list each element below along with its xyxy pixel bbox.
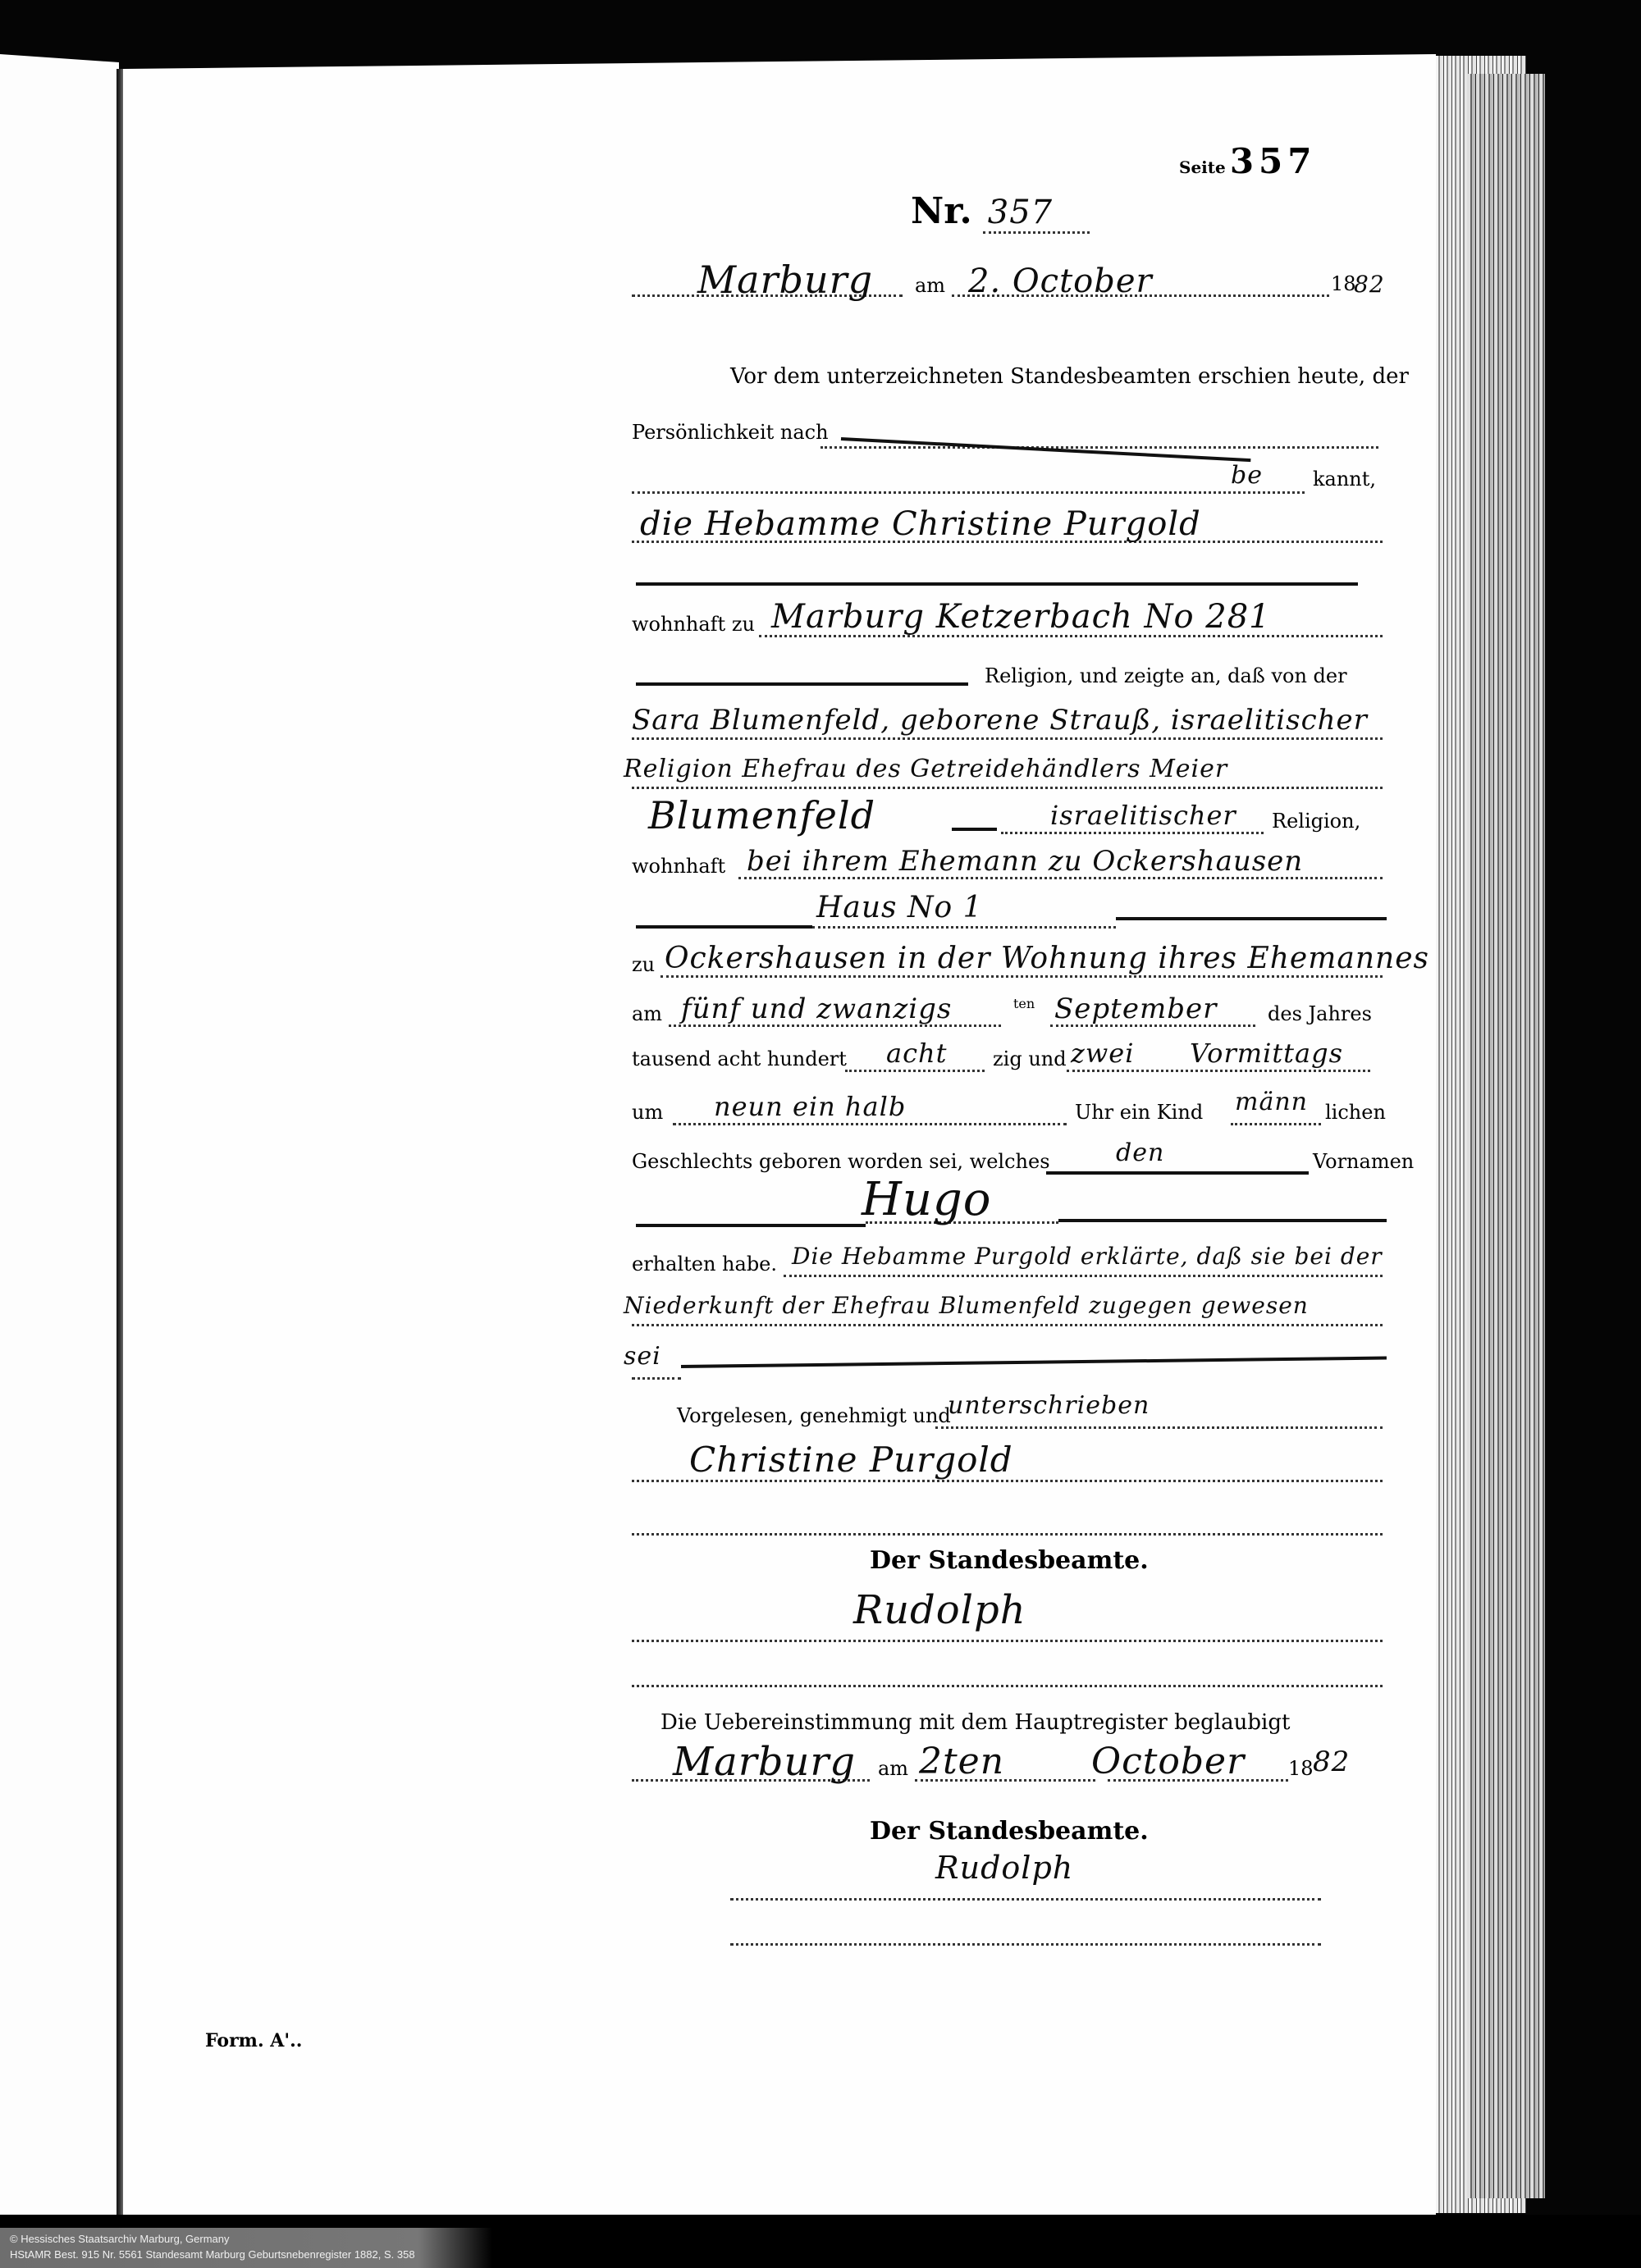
date-day-month: 2. October: [968, 262, 1153, 300]
official-title: Der Standesbeamte.: [870, 1546, 1149, 1575]
body-text: tausend acht hundert: [632, 1047, 847, 1070]
handwritten-text: be: [1231, 461, 1263, 490]
year-printed: 18: [1331, 272, 1356, 295]
body-line-1: Vor dem unterzeichneten Standesbeamten e…: [624, 361, 1387, 402]
cert-year-printed: 18: [1288, 1757, 1314, 1780]
body-text: lichen: [1325, 1101, 1386, 1124]
reference-text: HStAMR Best. 915 Nr. 5561 Standesamt Mar…: [10, 2247, 492, 2262]
body-text: zu: [632, 953, 655, 976]
body-text: erhalten habe.: [632, 1253, 777, 1275]
body-text: wohnhaft zu: [632, 613, 755, 636]
place: Marburg: [697, 258, 873, 302]
body-line-2: Persönlichkeit nach: [624, 414, 1387, 455]
cert-date-line: Marburg am 2ten October 18 82: [624, 1747, 1387, 1788]
remark-line-3: sei: [624, 1345, 1387, 1386]
birth-time: neun ein halb: [714, 1091, 906, 1122]
religion-line: Religion, und zeigte an, daß von der: [624, 656, 1387, 697]
birthplace: Ockershausen in der Wohnung ihres Eheman…: [665, 942, 1429, 975]
signature-line: [624, 1608, 1387, 1649]
body-text: des Jahres: [1268, 1002, 1372, 1025]
body-text: Vorgelesen, genehmigt und: [677, 1404, 951, 1427]
official-title-2: Der Standesbeamte.: [870, 1817, 1149, 1846]
birthdate-line: am fünf und zwanzigs ten September des J…: [624, 993, 1387, 1034]
mother-line-1: Sara Blumenfeld, geborene Strauß, israel…: [624, 705, 1387, 746]
body-line-3: be kannt,: [624, 459, 1387, 500]
page-number-value: 357: [1230, 141, 1317, 181]
cert-place: Marburg: [673, 1739, 856, 1785]
father-surname: Blumenfeld: [648, 793, 875, 837]
time-of-day: Vormittags: [1190, 1038, 1343, 1069]
body-text: kannt,: [1313, 468, 1376, 491]
cert-year-hand: 82: [1313, 1745, 1350, 1778]
informant-name: die Hebamme Christine Purgold: [640, 505, 1201, 543]
page-label: Seite: [1179, 157, 1226, 177]
cert-day: 2ten: [919, 1741, 1004, 1782]
remark: Niederkunft der Ehefrau Blumenfeld zugeg…: [624, 1292, 1309, 1319]
father-occupation: Religion Ehefrau des Getreidehändlers Me…: [624, 755, 1227, 783]
informant-signature-line: Christine Purgold: [624, 1448, 1387, 1489]
body-text: am: [632, 1002, 662, 1025]
body-text: Religion,: [1272, 810, 1360, 833]
body-text: ten: [1013, 996, 1035, 1011]
father-line: Blumenfeld israelitischer Religion,: [624, 800, 1387, 841]
scanned-register-page: Seite 357 Nr. 357 Marburg am 2. October …: [0, 0, 1641, 2268]
entry-number-value: 357: [988, 194, 1053, 231]
form-label: Form. A'..: [205, 2030, 302, 2051]
entry-label: Nr.: [911, 190, 972, 232]
body-text: am: [878, 1757, 908, 1780]
year-units: zwei: [1071, 1038, 1134, 1069]
remark: Die Hebamme Purgold erklärte, daß sie be…: [792, 1243, 1383, 1270]
archive-caption: © Hessisches Staatsarchiv Marburg, Germa…: [0, 2228, 492, 2268]
child-name: Hugo: [862, 1173, 991, 1226]
body-text: Vor dem unterzeichneten Standesbeamten e…: [730, 364, 1409, 389]
informant-address-line: wohnhaft zu Marburg Ketzerbach No 281: [624, 603, 1387, 644]
entry-number: Nr. 357: [911, 190, 1053, 232]
cert-month: October: [1091, 1741, 1245, 1782]
body-text: Religion, und zeigte an, daß von der: [985, 664, 1347, 687]
blank-line: [624, 1653, 1387, 1694]
birth-day: fünf und zwanzigs: [681, 993, 952, 1025]
father-religion: israelitischer: [1050, 800, 1236, 831]
residence: bei ihrem Ehemann zu Ockershausen: [747, 845, 1303, 878]
residence-line-1: wohnhaft bei ihrem Ehemann zu Ockershaus…: [624, 845, 1387, 886]
copyright-text: © Hessisches Staatsarchiv Marburg, Germa…: [10, 2231, 492, 2247]
left-page: [0, 54, 119, 2236]
blank-line: [624, 558, 1387, 599]
place-date-line: Marburg am 2. October 18 82: [624, 262, 1387, 303]
handwritten-text: unterschrieben: [948, 1391, 1150, 1420]
remark: sei: [624, 1342, 661, 1371]
remark-line-1: erhalten habe. Die Hebamme Purgold erklä…: [624, 1243, 1387, 1284]
residence-line-2: Haus No 1: [624, 894, 1387, 935]
birthplace-line: zu Ockershausen in der Wohnung ihres Ehe…: [624, 943, 1387, 984]
birth-month: September: [1054, 993, 1217, 1025]
geschlechts-line: Geschlechts geboren worden sei, welches …: [624, 1140, 1387, 1181]
signature-line-2: [624, 1866, 1387, 1907]
page-number: Seite 357: [1179, 141, 1317, 181]
time-line: um neun ein halb Uhr ein Kind männ liche…: [624, 1091, 1387, 1132]
birthyear-line: tausend acht hundert acht zig und zwei V…: [624, 1038, 1387, 1079]
page-edges-back: [1467, 74, 1545, 2198]
body-text: Uhr ein Kind: [1075, 1101, 1203, 1124]
remark-line-2: Niederkunft der Ehefrau Blumenfeld zugeg…: [624, 1292, 1387, 1333]
house-number: Haus No 1: [816, 891, 982, 924]
body-text: zig und: [993, 1047, 1067, 1070]
year-tens: acht: [886, 1038, 947, 1069]
mother-name: Sara Blumenfeld, geborene Strauß, israel…: [632, 704, 1368, 737]
informant-address: Marburg Ketzerbach No 281: [771, 598, 1271, 636]
body-text: um: [632, 1101, 663, 1124]
certification-text: Die Uebereinstimmung mit dem Hauptregist…: [661, 1710, 1290, 1735]
informant-line: die Hebamme Christine Purgold: [624, 509, 1387, 550]
child-name-line: Hugo: [624, 1189, 1387, 1230]
body-text: Persönlichkeit nach: [632, 421, 829, 444]
vorgelesen-line: Vorgelesen, genehmigt und unterschrieben: [624, 1394, 1387, 1435]
blank-line: [624, 1501, 1387, 1542]
child-sex: männ: [1235, 1088, 1308, 1116]
body-text: Vornamen: [1313, 1150, 1414, 1173]
handwritten-text: den: [1116, 1139, 1164, 1167]
body-text: Geschlechts geboren worden sei, welches: [632, 1150, 1050, 1173]
date-prefix: am: [915, 274, 945, 297]
body-text: wohnhaft: [632, 855, 725, 878]
blank-line: [624, 1911, 1387, 1952]
year-handwritten: 82: [1354, 271, 1385, 298]
informant-signature: Christine Purgold: [689, 1440, 1013, 1480]
mother-line-2: Religion Ehefrau des Getreidehändlers Me…: [624, 755, 1387, 796]
